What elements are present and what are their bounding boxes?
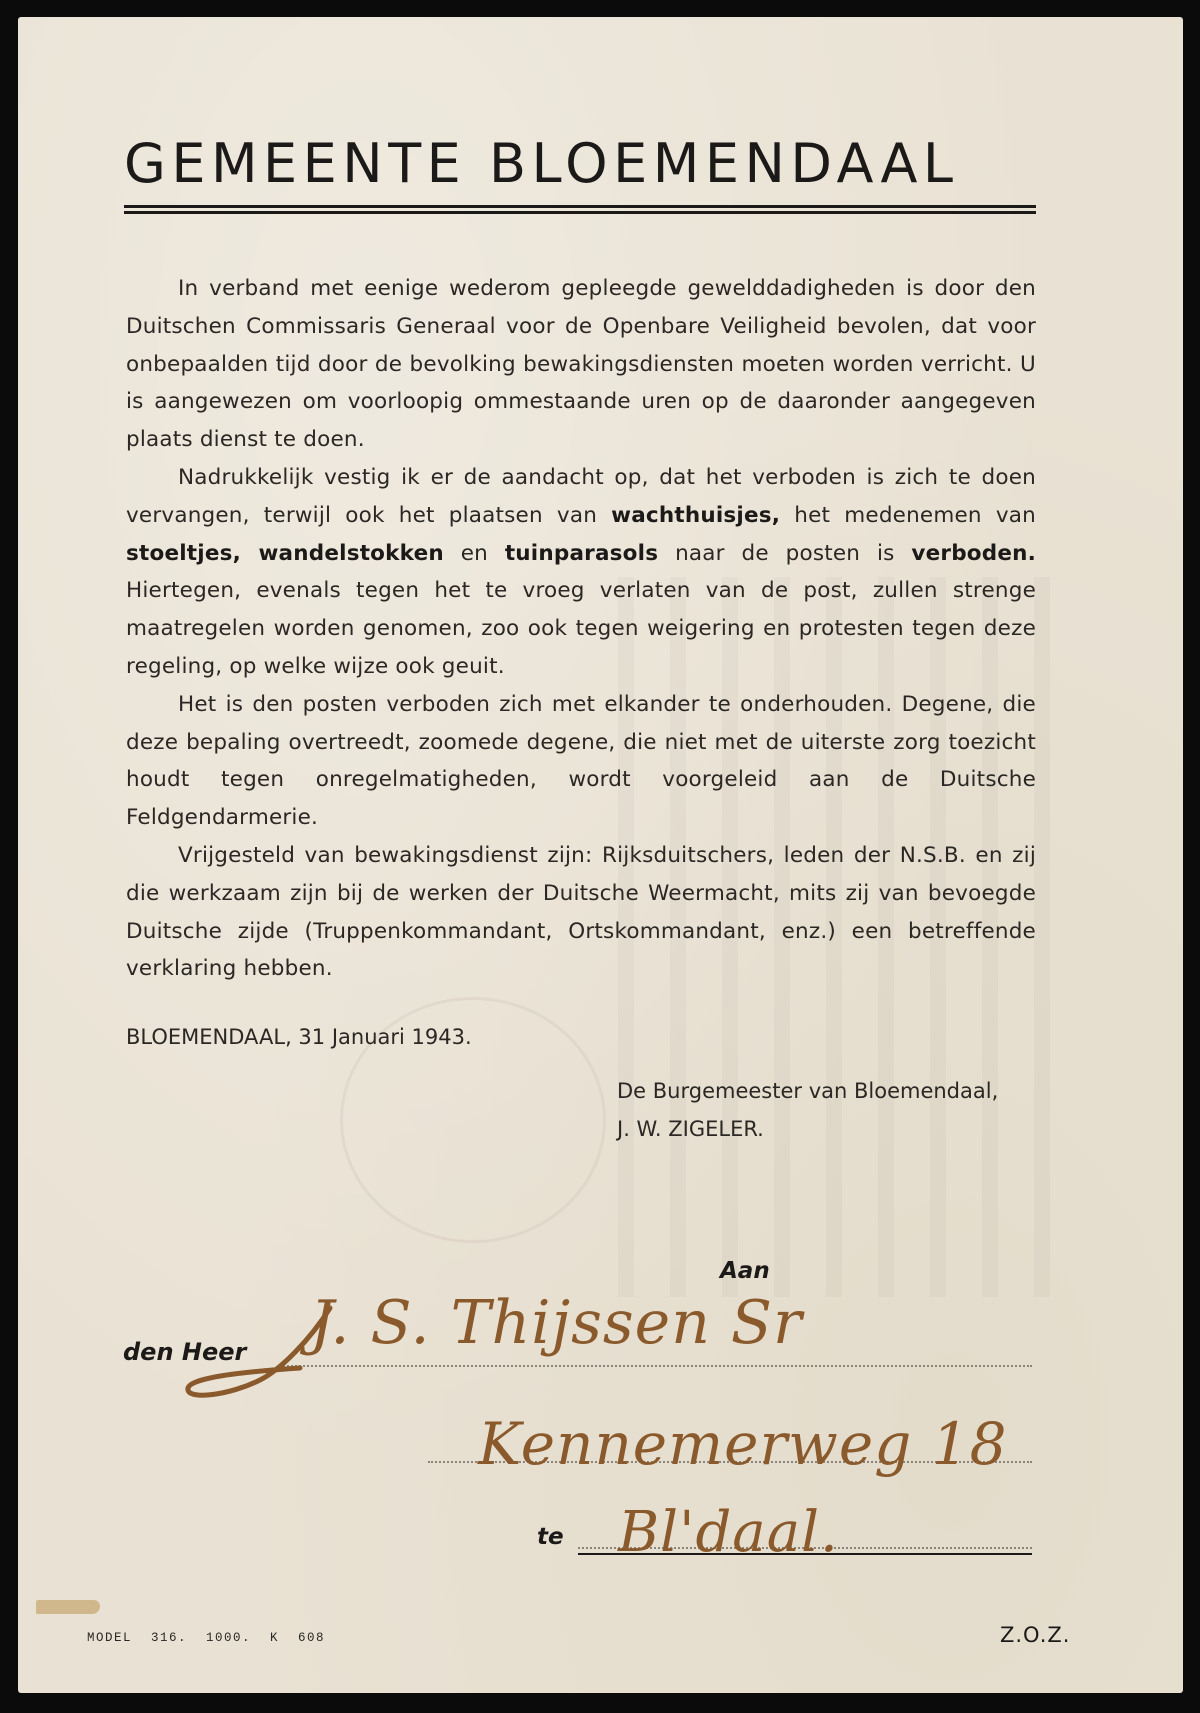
handwritten-recipient-name: J. S. Thijssen Sr	[310, 1288, 803, 1358]
paragraph-1: In verband met eenige wederom gepleegde …	[126, 270, 1036, 459]
emphasized-text: tuinparasols	[505, 541, 658, 566]
paragraph-text: naar de posten is	[658, 541, 911, 566]
signature-name: J. W. ZIGELER.	[617, 1110, 998, 1148]
title-rule-bottom	[124, 211, 1036, 214]
paragraph-text: In verband met eenige wederom gepleegde …	[126, 276, 1036, 452]
paragraph-text: Vrijgesteld van bewakingsdienst zijn: Ri…	[126, 843, 1036, 981]
paragraph-3: Het is den posten verboden zich met elka…	[126, 686, 1036, 837]
paragraph-text: Hiertegen, evenals tegen het te vroeg ve…	[126, 578, 1036, 679]
address-aan-label: Aan	[720, 1258, 770, 1284]
paragraph-2: Nadrukkelijk vestig ik er de aandacht op…	[126, 459, 1036, 686]
handwritten-town: Bl'daal.	[618, 1500, 839, 1565]
paper-stain	[36, 1600, 100, 1614]
signature-block: De Burgemeester van Bloemendaal, J. W. Z…	[617, 1072, 998, 1148]
address-den-heer-label: den Heer	[123, 1338, 246, 1366]
emphasized-text: verboden.	[911, 541, 1036, 566]
paragraph-text: het medenemen van	[780, 503, 1036, 528]
dateline: BLOEMENDAAL, 31 Januari 1943.	[126, 1025, 472, 1049]
emphasized-text: wachthuisjes,	[611, 503, 780, 528]
title-rule-top	[124, 205, 1036, 208]
emphasized-text: stoeltjes, wandelstokken	[126, 541, 444, 566]
handwritten-street: Kennemerweg 18	[478, 1410, 1008, 1478]
paragraph-text: en	[444, 541, 505, 566]
footer-zoz: Z.O.Z.	[1000, 1623, 1070, 1647]
address-te-label: te	[537, 1524, 564, 1550]
footer-model-number: MODEL 316. 1000. K 608	[87, 1631, 325, 1645]
signature-role: De Burgemeester van Bloemendaal,	[617, 1072, 998, 1110]
paragraph-text: Het is den posten verboden zich met elka…	[126, 692, 1036, 830]
document-body: In verband met eenige wederom gepleegde …	[126, 270, 1036, 988]
address-name-line	[280, 1365, 1032, 1367]
document-title: GEMEENTE BLOEMENDAAL	[124, 134, 1034, 194]
paragraph-4: Vrijgesteld van bewakingsdienst zijn: Ri…	[126, 837, 1036, 988]
